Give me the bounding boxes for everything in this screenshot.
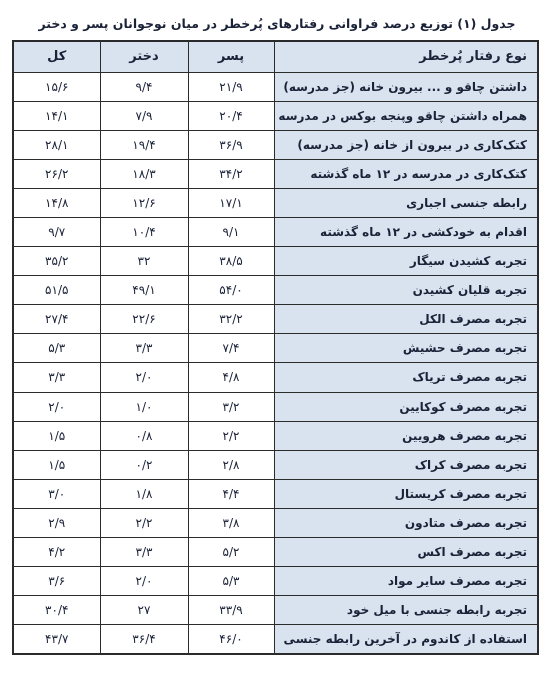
behavior-cell: تجربه مصرف تریاک	[274, 363, 538, 392]
girl-value-cell: ۱۸/۳	[100, 159, 188, 188]
girl-value-cell: ۱/۰	[100, 392, 188, 421]
behavior-cell: تجربه مصرف سایر مواد	[274, 567, 538, 596]
behavior-cell: تجربه مصرف کوکایین	[274, 392, 538, 421]
total-value-cell: ۵۱/۵	[13, 276, 100, 305]
total-value-cell: ۲۸/۱	[13, 130, 100, 159]
header-boy: پسر	[188, 41, 274, 72]
boy-value-cell: ۲۰/۴	[188, 101, 274, 130]
girl-value-cell: ۲۲/۶	[100, 305, 188, 334]
behavior-cell: تجربه مصرف الکل	[274, 305, 538, 334]
behavior-cell: تجربه کشیدن سیگار	[274, 247, 538, 276]
boy-value-cell: ۷/۴	[188, 334, 274, 363]
boy-value-cell: ۴/۸	[188, 363, 274, 392]
girl-value-cell: ۲/۲	[100, 508, 188, 537]
girl-value-cell: ۷/۹	[100, 101, 188, 130]
girl-value-cell: ۱۲/۶	[100, 188, 188, 217]
table-row: تجربه قلیان کشیدن ۵۴/۰ ۴۹/۱ ۵۱/۵	[13, 276, 538, 305]
behavior-cell: تجربه مصرف اکس	[274, 538, 538, 567]
boy-value-cell: ۲۱/۹	[188, 72, 274, 101]
girl-value-cell: ۴۹/۱	[100, 276, 188, 305]
table-row: تجربه مصرف سایر مواد ۵/۳ ۲/۰ ۳/۶	[13, 567, 538, 596]
behavior-cell: تجربه رابطه جنسی با میل خود	[274, 596, 538, 625]
table-row: داشتن چاقو و ... بیرون خانه (جز مدرسه) ۲…	[13, 72, 538, 101]
boy-value-cell: ۱۷/۱	[188, 188, 274, 217]
total-value-cell: ۱/۵	[13, 450, 100, 479]
behavior-cell: همراه داشتن چاقو وپنجه بوکس در مدرسه	[274, 101, 538, 130]
table-row: تجربه مصرف هرویین ۲/۲ ۰/۸ ۱/۵	[13, 421, 538, 450]
total-value-cell: ۲۷/۴	[13, 305, 100, 334]
boy-value-cell: ۴/۴	[188, 479, 274, 508]
behavior-cell: تجربه مصرف متادون	[274, 508, 538, 537]
table-title: جدول (۱) توزیع درصد فراوانی رفتارهای پُر…	[10, 16, 544, 31]
header-total: کل	[13, 41, 100, 72]
header-behavior-type: نوع رفتار پُرخطر	[274, 41, 538, 72]
table-row: تجربه مصرف تریاک ۴/۸ ۲/۰ ۳/۳	[13, 363, 538, 392]
table-row: کتک‌کاری در مدرسه در ۱۲ ماه گذشته ۳۴/۲ ۱…	[13, 159, 538, 188]
girl-value-cell: ۲۷	[100, 596, 188, 625]
table-body: داشتن چاقو و ... بیرون خانه (جز مدرسه) ۲…	[13, 72, 538, 654]
table-row: تجربه مصرف اکس ۵/۲ ۳/۳ ۴/۲	[13, 538, 538, 567]
girl-value-cell: ۳۶/۴	[100, 625, 188, 654]
total-value-cell: ۲۶/۲	[13, 159, 100, 188]
behavior-cell: تجربه قلیان کشیدن	[274, 276, 538, 305]
table-row: اقدام به خودکشی در ۱۲ ماه گذشته ۹/۱ ۱۰/۴…	[13, 217, 538, 246]
total-value-cell: ۹/۷	[13, 217, 100, 246]
behavior-cell: تجربه مصرف حشیش	[274, 334, 538, 363]
total-value-cell: ۱/۵	[13, 421, 100, 450]
girl-value-cell: ۳/۳	[100, 538, 188, 567]
total-value-cell: ۳۰/۴	[13, 596, 100, 625]
girl-value-cell: ۱/۸	[100, 479, 188, 508]
boy-value-cell: ۴۶/۰	[188, 625, 274, 654]
behavior-cell: رابطه جنسی اجباری	[274, 188, 538, 217]
header-girl: دختر	[100, 41, 188, 72]
girl-value-cell: ۲/۰	[100, 567, 188, 596]
boy-value-cell: ۳/۸	[188, 508, 274, 537]
behavior-cell: داشتن چاقو و ... بیرون خانه (جز مدرسه)	[274, 72, 538, 101]
document-page: جدول (۱) توزیع درصد فراوانی رفتارهای پُر…	[0, 0, 554, 676]
boy-value-cell: ۳۴/۲	[188, 159, 274, 188]
girl-value-cell: ۱۹/۴	[100, 130, 188, 159]
total-value-cell: ۱۵/۶	[13, 72, 100, 101]
table-row: همراه داشتن چاقو وپنجه بوکس در مدرسه ۲۰/…	[13, 101, 538, 130]
girl-value-cell: ۳۲	[100, 247, 188, 276]
boy-value-cell: ۲/۲	[188, 421, 274, 450]
boy-value-cell: ۲/۸	[188, 450, 274, 479]
table-row: تجربه رابطه جنسی با میل خود ۳۳/۹ ۲۷ ۳۰/۴	[13, 596, 538, 625]
frequency-table: نوع رفتار پُرخطر پسر دختر کل داشتن چاقو …	[12, 40, 539, 655]
table-row: تجربه مصرف کراک ۲/۸ ۰/۲ ۱/۵	[13, 450, 538, 479]
header-row: نوع رفتار پُرخطر پسر دختر کل	[13, 41, 538, 72]
total-value-cell: ۴۳/۷	[13, 625, 100, 654]
boy-value-cell: ۵۴/۰	[188, 276, 274, 305]
table-row: تجربه مصرف الکل ۳۲/۲ ۲۲/۶ ۲۷/۴	[13, 305, 538, 334]
total-value-cell: ۳/۳	[13, 363, 100, 392]
total-value-cell: ۲/۹	[13, 508, 100, 537]
total-value-cell: ۲/۰	[13, 392, 100, 421]
behavior-cell: استفاده از کاندوم در آخرین رابطه جنسی	[274, 625, 538, 654]
boy-value-cell: ۳۶/۹	[188, 130, 274, 159]
girl-value-cell: ۹/۴	[100, 72, 188, 101]
table-row: تجربه مصرف کریستال ۴/۴ ۱/۸ ۳/۰	[13, 479, 538, 508]
table-row: تجربه مصرف حشیش ۷/۴ ۳/۳ ۵/۳	[13, 334, 538, 363]
boy-value-cell: ۳۸/۵	[188, 247, 274, 276]
girl-value-cell: ۱۰/۴	[100, 217, 188, 246]
table-row: تجربه مصرف کوکایین ۳/۲ ۱/۰ ۲/۰	[13, 392, 538, 421]
total-value-cell: ۳۵/۲	[13, 247, 100, 276]
behavior-cell: تجربه مصرف کراک	[274, 450, 538, 479]
boy-value-cell: ۵/۳	[188, 567, 274, 596]
total-value-cell: ۱۴/۱	[13, 101, 100, 130]
table-row: تجربه مصرف متادون ۳/۸ ۲/۲ ۲/۹	[13, 508, 538, 537]
total-value-cell: ۵/۳	[13, 334, 100, 363]
behavior-cell: تجربه مصرف کریستال	[274, 479, 538, 508]
behavior-cell: کتک‌کاری در بیرون از خانه (جز مدرسه)	[274, 130, 538, 159]
girl-value-cell: ۳/۳	[100, 334, 188, 363]
girl-value-cell: ۰/۸	[100, 421, 188, 450]
table-row: استفاده از کاندوم در آخرین رابطه جنسی ۴۶…	[13, 625, 538, 654]
boy-value-cell: ۳۲/۲	[188, 305, 274, 334]
boy-value-cell: ۳۳/۹	[188, 596, 274, 625]
boy-value-cell: ۳/۲	[188, 392, 274, 421]
behavior-cell: تجربه مصرف هرویین	[274, 421, 538, 450]
girl-value-cell: ۲/۰	[100, 363, 188, 392]
boy-value-cell: ۹/۱	[188, 217, 274, 246]
boy-value-cell: ۵/۲	[188, 538, 274, 567]
total-value-cell: ۳/۰	[13, 479, 100, 508]
behavior-cell: کتک‌کاری در مدرسه در ۱۲ ماه گذشته	[274, 159, 538, 188]
table-row: کتک‌کاری در بیرون از خانه (جز مدرسه) ۳۶/…	[13, 130, 538, 159]
girl-value-cell: ۰/۲	[100, 450, 188, 479]
total-value-cell: ۳/۶	[13, 567, 100, 596]
total-value-cell: ۴/۲	[13, 538, 100, 567]
behavior-cell: اقدام به خودکشی در ۱۲ ماه گذشته	[274, 217, 538, 246]
table-row: تجربه کشیدن سیگار ۳۸/۵ ۳۲ ۳۵/۲	[13, 247, 538, 276]
table-row: رابطه جنسی اجباری ۱۷/۱ ۱۲/۶ ۱۴/۸	[13, 188, 538, 217]
total-value-cell: ۱۴/۸	[13, 188, 100, 217]
